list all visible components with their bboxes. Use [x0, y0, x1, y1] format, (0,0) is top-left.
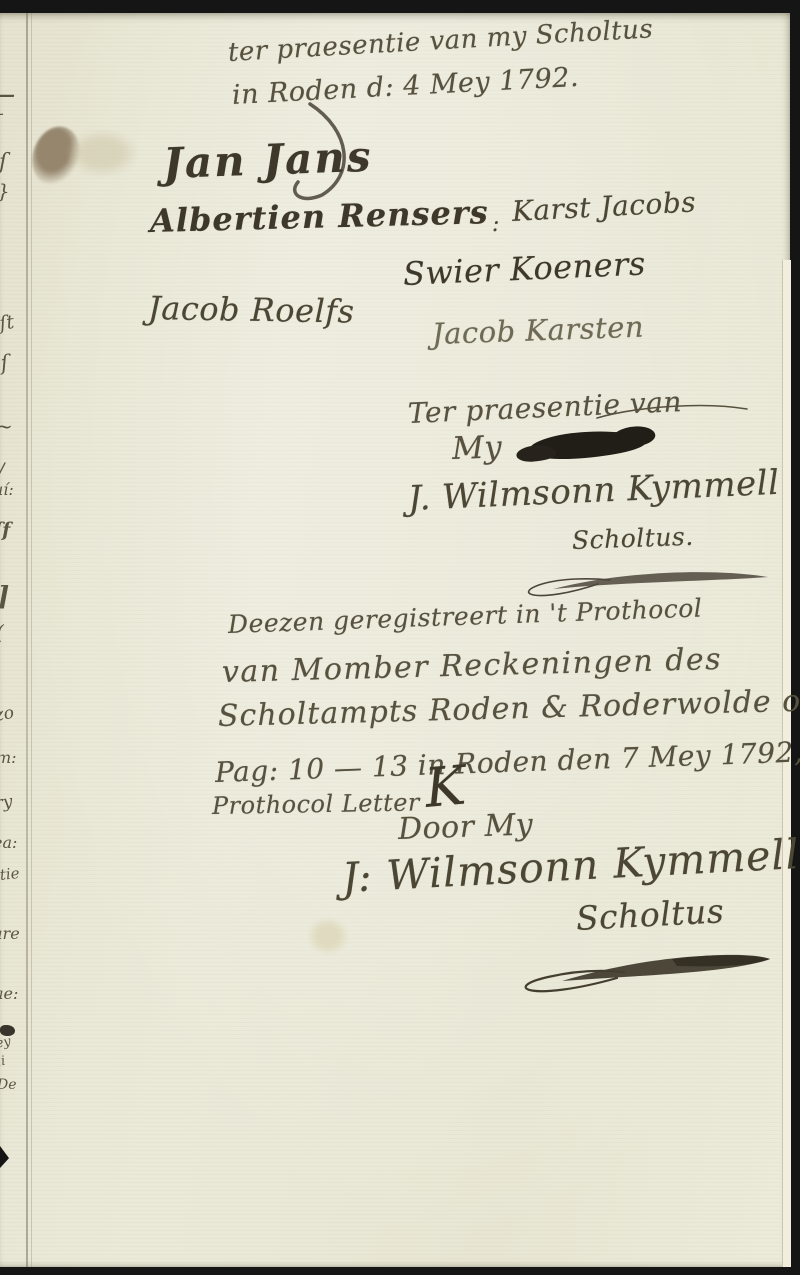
margin-fragment: uí: — [0, 482, 14, 498]
separator-mark: : — [492, 214, 500, 236]
margin-fragment: — — [0, 86, 15, 105]
title-scholtus-2: Scholtus — [575, 894, 725, 935]
stain-halo — [66, 130, 138, 176]
margin-fragment: - — [0, 106, 4, 123]
margin-fragment: atie — [0, 866, 20, 884]
signature-jacob-roelfs: Jacob Roelfs — [148, 292, 355, 328]
margin-fragment: ea: — [0, 835, 17, 851]
margin-fragment: zo — [0, 705, 15, 725]
margin-fragment: tſt — [0, 313, 15, 335]
margin-fragment: are — [0, 926, 20, 942]
gutter-crease-line-faint — [31, 13, 32, 1267]
margin-fragment: ( — [0, 622, 4, 642]
margin-fragment: } — [0, 181, 10, 201]
title-scholtus-1: Scholtus. — [572, 524, 695, 553]
margin-fragment: ae: — [0, 986, 18, 1002]
gutter-crease-line — [26, 13, 28, 1267]
margin-ink-blob — [0, 1025, 15, 1036]
signature-swier-koeners: Swier Koeners — [402, 247, 646, 290]
margin-fragment: ~ — [0, 416, 13, 436]
scanned-manuscript-page: — - ſ } tſt lſ ~ / uí: ſf ] ( zo m: ry e… — [0, 0, 800, 1275]
paper-discoloration — [308, 918, 348, 954]
registration-line5: Prothocol Letter — [212, 790, 420, 818]
margin-fragment: ry — [0, 794, 14, 813]
signature-albertien-rensers: Albertien Rensers — [150, 196, 489, 237]
pen-swash — [595, 398, 750, 423]
signature-jan-jans: Jan Jans — [162, 136, 373, 185]
signature-jacob-karsten: Jacob Karsten — [431, 313, 644, 349]
paraph-flourish-2 — [492, 938, 774, 996]
margin-fragment: ſf — [0, 521, 10, 540]
protocol-letter: K — [423, 759, 468, 816]
margin-fragment: De — [0, 1078, 17, 1092]
registration-door-my: Door My — [397, 810, 533, 845]
margin-fragment: ſ — [0, 152, 7, 174]
margin-fragment: m: — [0, 750, 17, 766]
margin-fragment: lſ — [0, 353, 10, 375]
attestation-mid-my: My — [451, 432, 502, 465]
margin-fragment: / — [0, 461, 4, 480]
margin-fragment: ] — [0, 584, 9, 610]
